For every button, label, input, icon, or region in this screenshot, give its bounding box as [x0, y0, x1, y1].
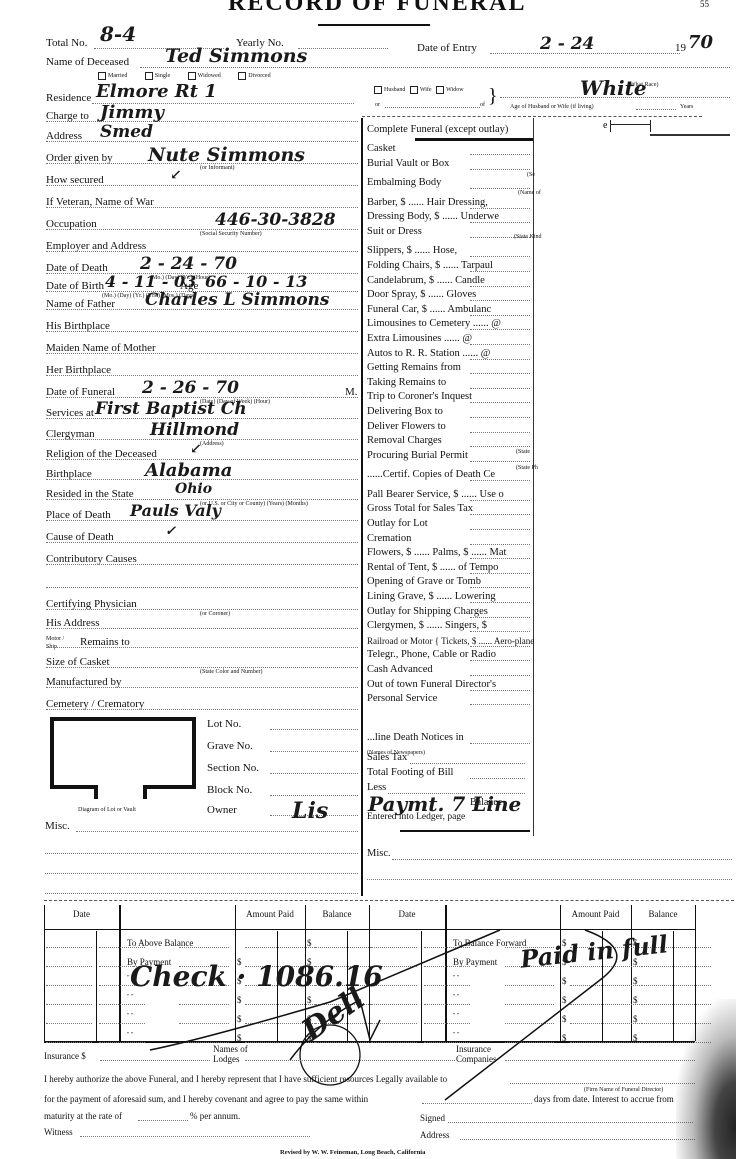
- firm-name-line: [510, 1083, 695, 1084]
- rate-line: [138, 1120, 188, 1121]
- authorize-text: I hereby authorize the above Funeral, an…: [44, 1073, 447, 1086]
- insurance-companies-line: [505, 1060, 695, 1061]
- revised-by: Revised by W. W. Feineman, Long Beach, C…: [280, 1146, 425, 1159]
- scan-artifact: [676, 999, 736, 1159]
- percent-text: % per annum.: [190, 1110, 240, 1123]
- strike-lines: [0, 0, 736, 1159]
- signed-line: [448, 1122, 693, 1123]
- insurance-label: Insurance $: [44, 1050, 86, 1063]
- days-text: days from date. Interest to accrue from: [534, 1093, 674, 1106]
- insurance-companies-label: Insurance Companies: [456, 1044, 516, 1064]
- lodges-label: Names of Lodges: [213, 1044, 253, 1064]
- insurance-line: [100, 1060, 210, 1061]
- covenant-text: for the payment of aforesaid sum, and I …: [44, 1093, 368, 1106]
- days-line: [422, 1103, 532, 1104]
- witness-label: Witness: [44, 1126, 73, 1139]
- address-label: Address: [420, 1129, 450, 1142]
- signed-label: Signed: [420, 1112, 445, 1125]
- witness-line: [80, 1136, 310, 1137]
- address-line: [460, 1139, 695, 1140]
- lodges-line: [245, 1060, 455, 1061]
- maturity-text: maturity at the rate of: [44, 1110, 122, 1123]
